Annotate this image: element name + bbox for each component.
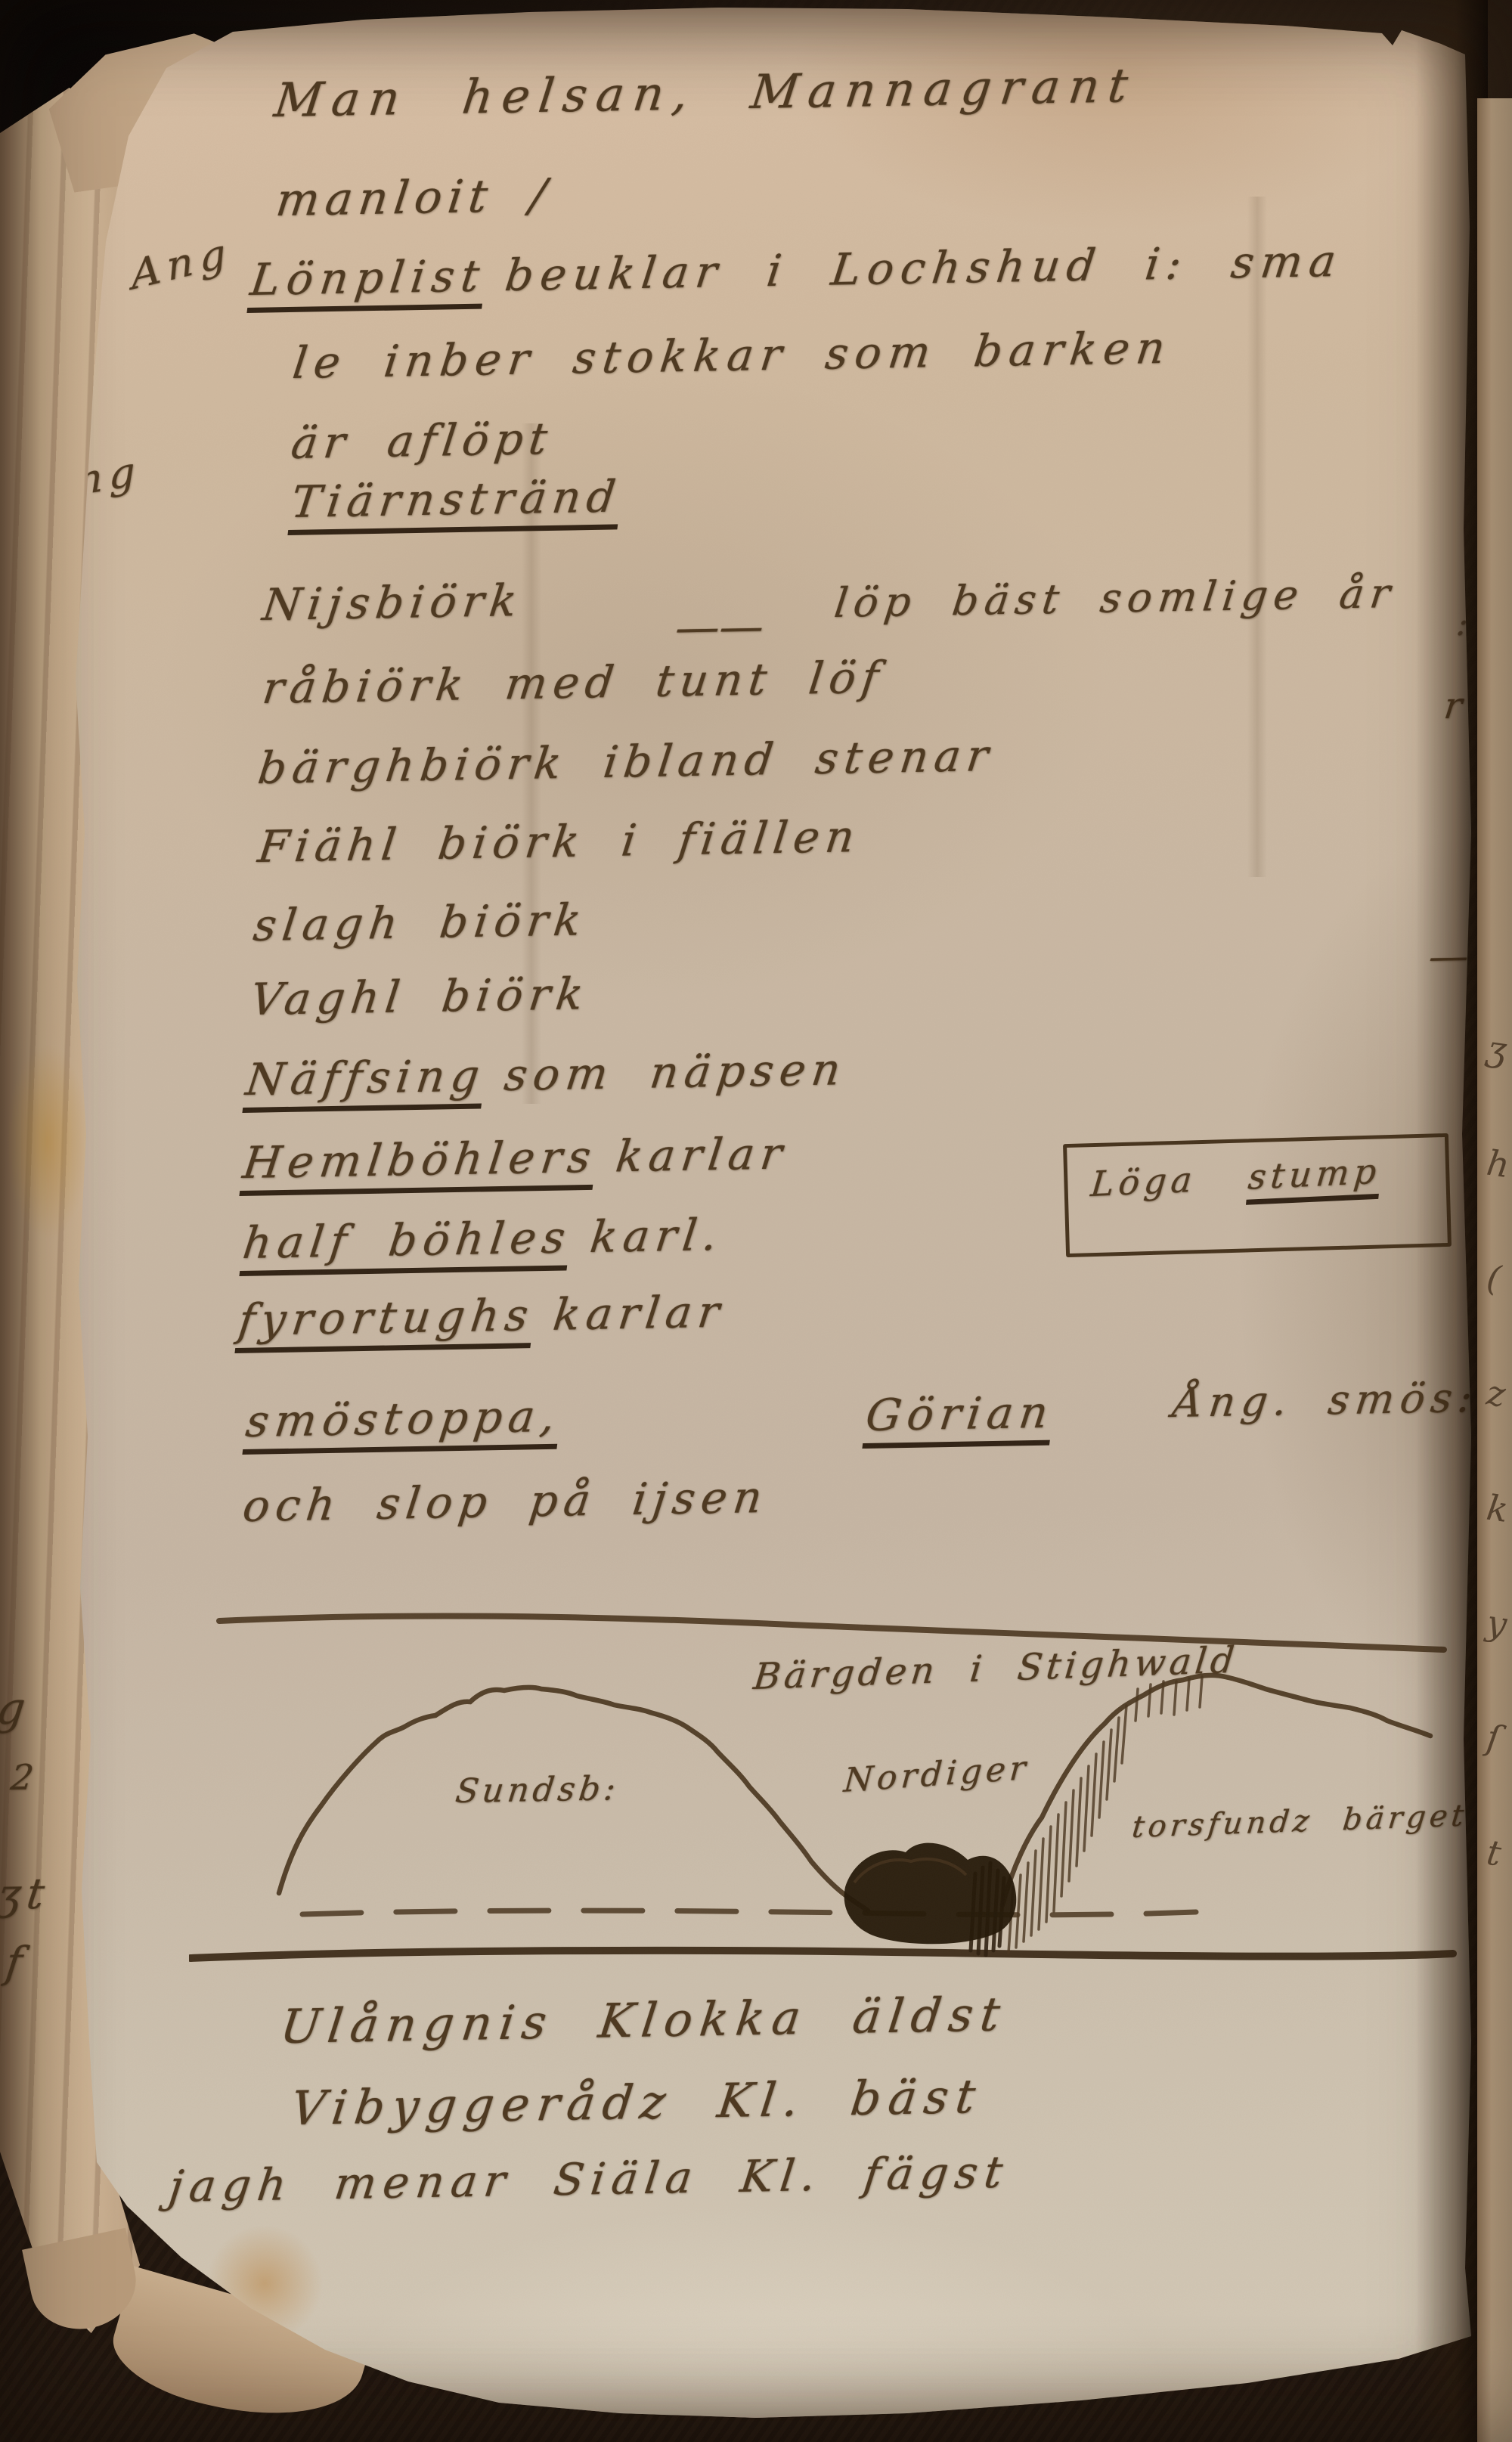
rule-line-bottom [191,1951,1453,1958]
edge-glyph-fragment: ʒ [1477,1027,1512,1145]
edge-stain [6,1043,89,1240]
underlined-word: half böhles [239,1211,574,1276]
text-line: är aflöpt [289,413,556,469]
edge-glyph-fragment: ſ [1477,1717,1512,1834]
boxed-note: Löga stump [1063,1133,1452,1257]
text-line: fyrortughskarlar [236,1286,729,1346]
text-line: half böhleskarl. [240,1209,727,1269]
edge-glyph-fragment: t [1477,1832,1512,1949]
edge-glyph-fragment: k [1477,1487,1512,1604]
edge-glyph-fragment: ( [1477,1257,1512,1374]
paper-crease [1247,197,1267,877]
rule-line-top [219,1616,1444,1650]
underlined-word: smöstoppa, [242,1390,564,1455]
text-line: Vaghl biörk [248,968,592,1025]
text-line: löp bäst somlige år [832,569,1399,627]
underlined-word: Görian [862,1387,1057,1449]
edge-glyph-fragment: 2 [8,1756,42,1798]
text-line-dash: —— [673,600,767,653]
text-line: Tiärnstränd [289,470,624,528]
text-line: Fiähl biörk i fiällen [256,810,863,872]
text-line: smöstoppa, [243,1390,564,1447]
text-line: slagh biörk [251,894,590,951]
edge-glyph-fragment: z [1477,1372,1512,1489]
underlined-word: Näffsing [242,1050,488,1113]
underlined-word: Tiärnstränd [287,470,624,535]
line-rest: karlar [550,1286,728,1340]
text-line: Nijsbiörk [260,575,526,631]
sketch-label-left-hill: Sundsb: [454,1769,621,1811]
manuscript-page: Man helsan, Mannagrant manloit / Ang Lön… [0,0,1512,2442]
boxed-underlined-word: stump [1246,1151,1383,1205]
edge-glyph-fragment: h [1477,1142,1512,1260]
underlined-word: Hemlböhlers [239,1131,600,1196]
text-line: och slop på ijsen [240,1471,771,1532]
line-rest: karl. [587,1209,726,1263]
adjacent-page-edge: ʒ h ( z k y ſ t [1477,98,1512,2442]
line-rest: karlar [613,1127,791,1182]
edge-glyph-fragment: ʒt [0,1870,53,1920]
boxed-word: Löga [1089,1159,1198,1204]
dashed-ground-line [302,1911,1196,1915]
edge-glyph-fragment: y [1477,1602,1512,1719]
text-line: råbiörk med tunt löf [260,652,888,714]
adjacent-text-fragments: ʒ h ( z k y ſ t [1482,1028,1504,1948]
text-line: Hemlböhlerskarlar [240,1127,792,1188]
manuscript-photo: g 2 ʒt f Man helsan, Mannagrant manloit … [0,0,1512,2442]
underlined-word: fyrortughs [234,1289,537,1353]
underlined-word: Lönplist [246,250,488,313]
boxed-note-text: Löga stump [1089,1151,1383,1205]
text-line: manloit / [273,169,555,227]
right-hill-outline [1002,1675,1430,1905]
text-line: Görian [863,1387,1057,1441]
text-line: Näffsingsom näpsen [243,1043,850,1105]
line-rest: som näpsen [501,1043,849,1101]
